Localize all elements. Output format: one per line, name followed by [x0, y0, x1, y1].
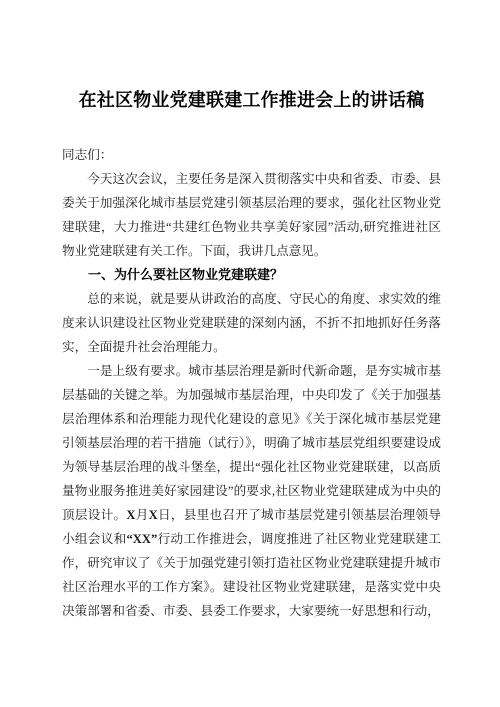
salutation: 同志们： [62, 143, 441, 167]
text-run: 月 [135, 508, 148, 522]
text-run: X [149, 508, 158, 522]
text-run: 一、为什么要社区物业党建联建？ [88, 267, 283, 282]
text-run: “XX” [126, 532, 157, 546]
paragraph-overview: 总的来说，就是要从讲政治的高度、守民心的角度、求实效的维度来认识建设社区物业党建… [62, 287, 441, 359]
text-run: 今天这次会议，主要任务是深入贯彻落实中央和省委、市委、县委关于加强深化城市基层党… [62, 172, 441, 258]
paragraph-point-1: 一是上级有要求。城市基层治理是新时代新命题，是夯实城市基层基础的关键之举。为加强… [62, 359, 441, 623]
section-heading-1: 一、为什么要社区物业党建联建？ [62, 263, 441, 287]
document-body: 同志们： 今天这次会议，主要任务是深入贯彻落实中央和省委、市委、县委关于加强深化… [62, 143, 441, 623]
text-run: 总的来说，就是要从讲政治的高度、守民心的角度、求实效的维度来认识建设社区物业党建… [62, 292, 441, 354]
paragraph-intro: 今天这次会议，主要任务是深入贯彻落实中央和省委、市委、县委关于加强深化城市基层党… [62, 167, 441, 263]
text-run: 一是上级有要求。城市基层治理是新时代新命题，是夯实城市基层基础的关键之举。为加强… [62, 364, 441, 522]
document-page: 在社区物业党建联建工作推进会上的讲话稿 同志们： 今天这次会议，主要任务是深入贯… [0, 0, 500, 707]
document-title: 在社区物业党建联建工作推进会上的讲话稿 [62, 88, 441, 112]
